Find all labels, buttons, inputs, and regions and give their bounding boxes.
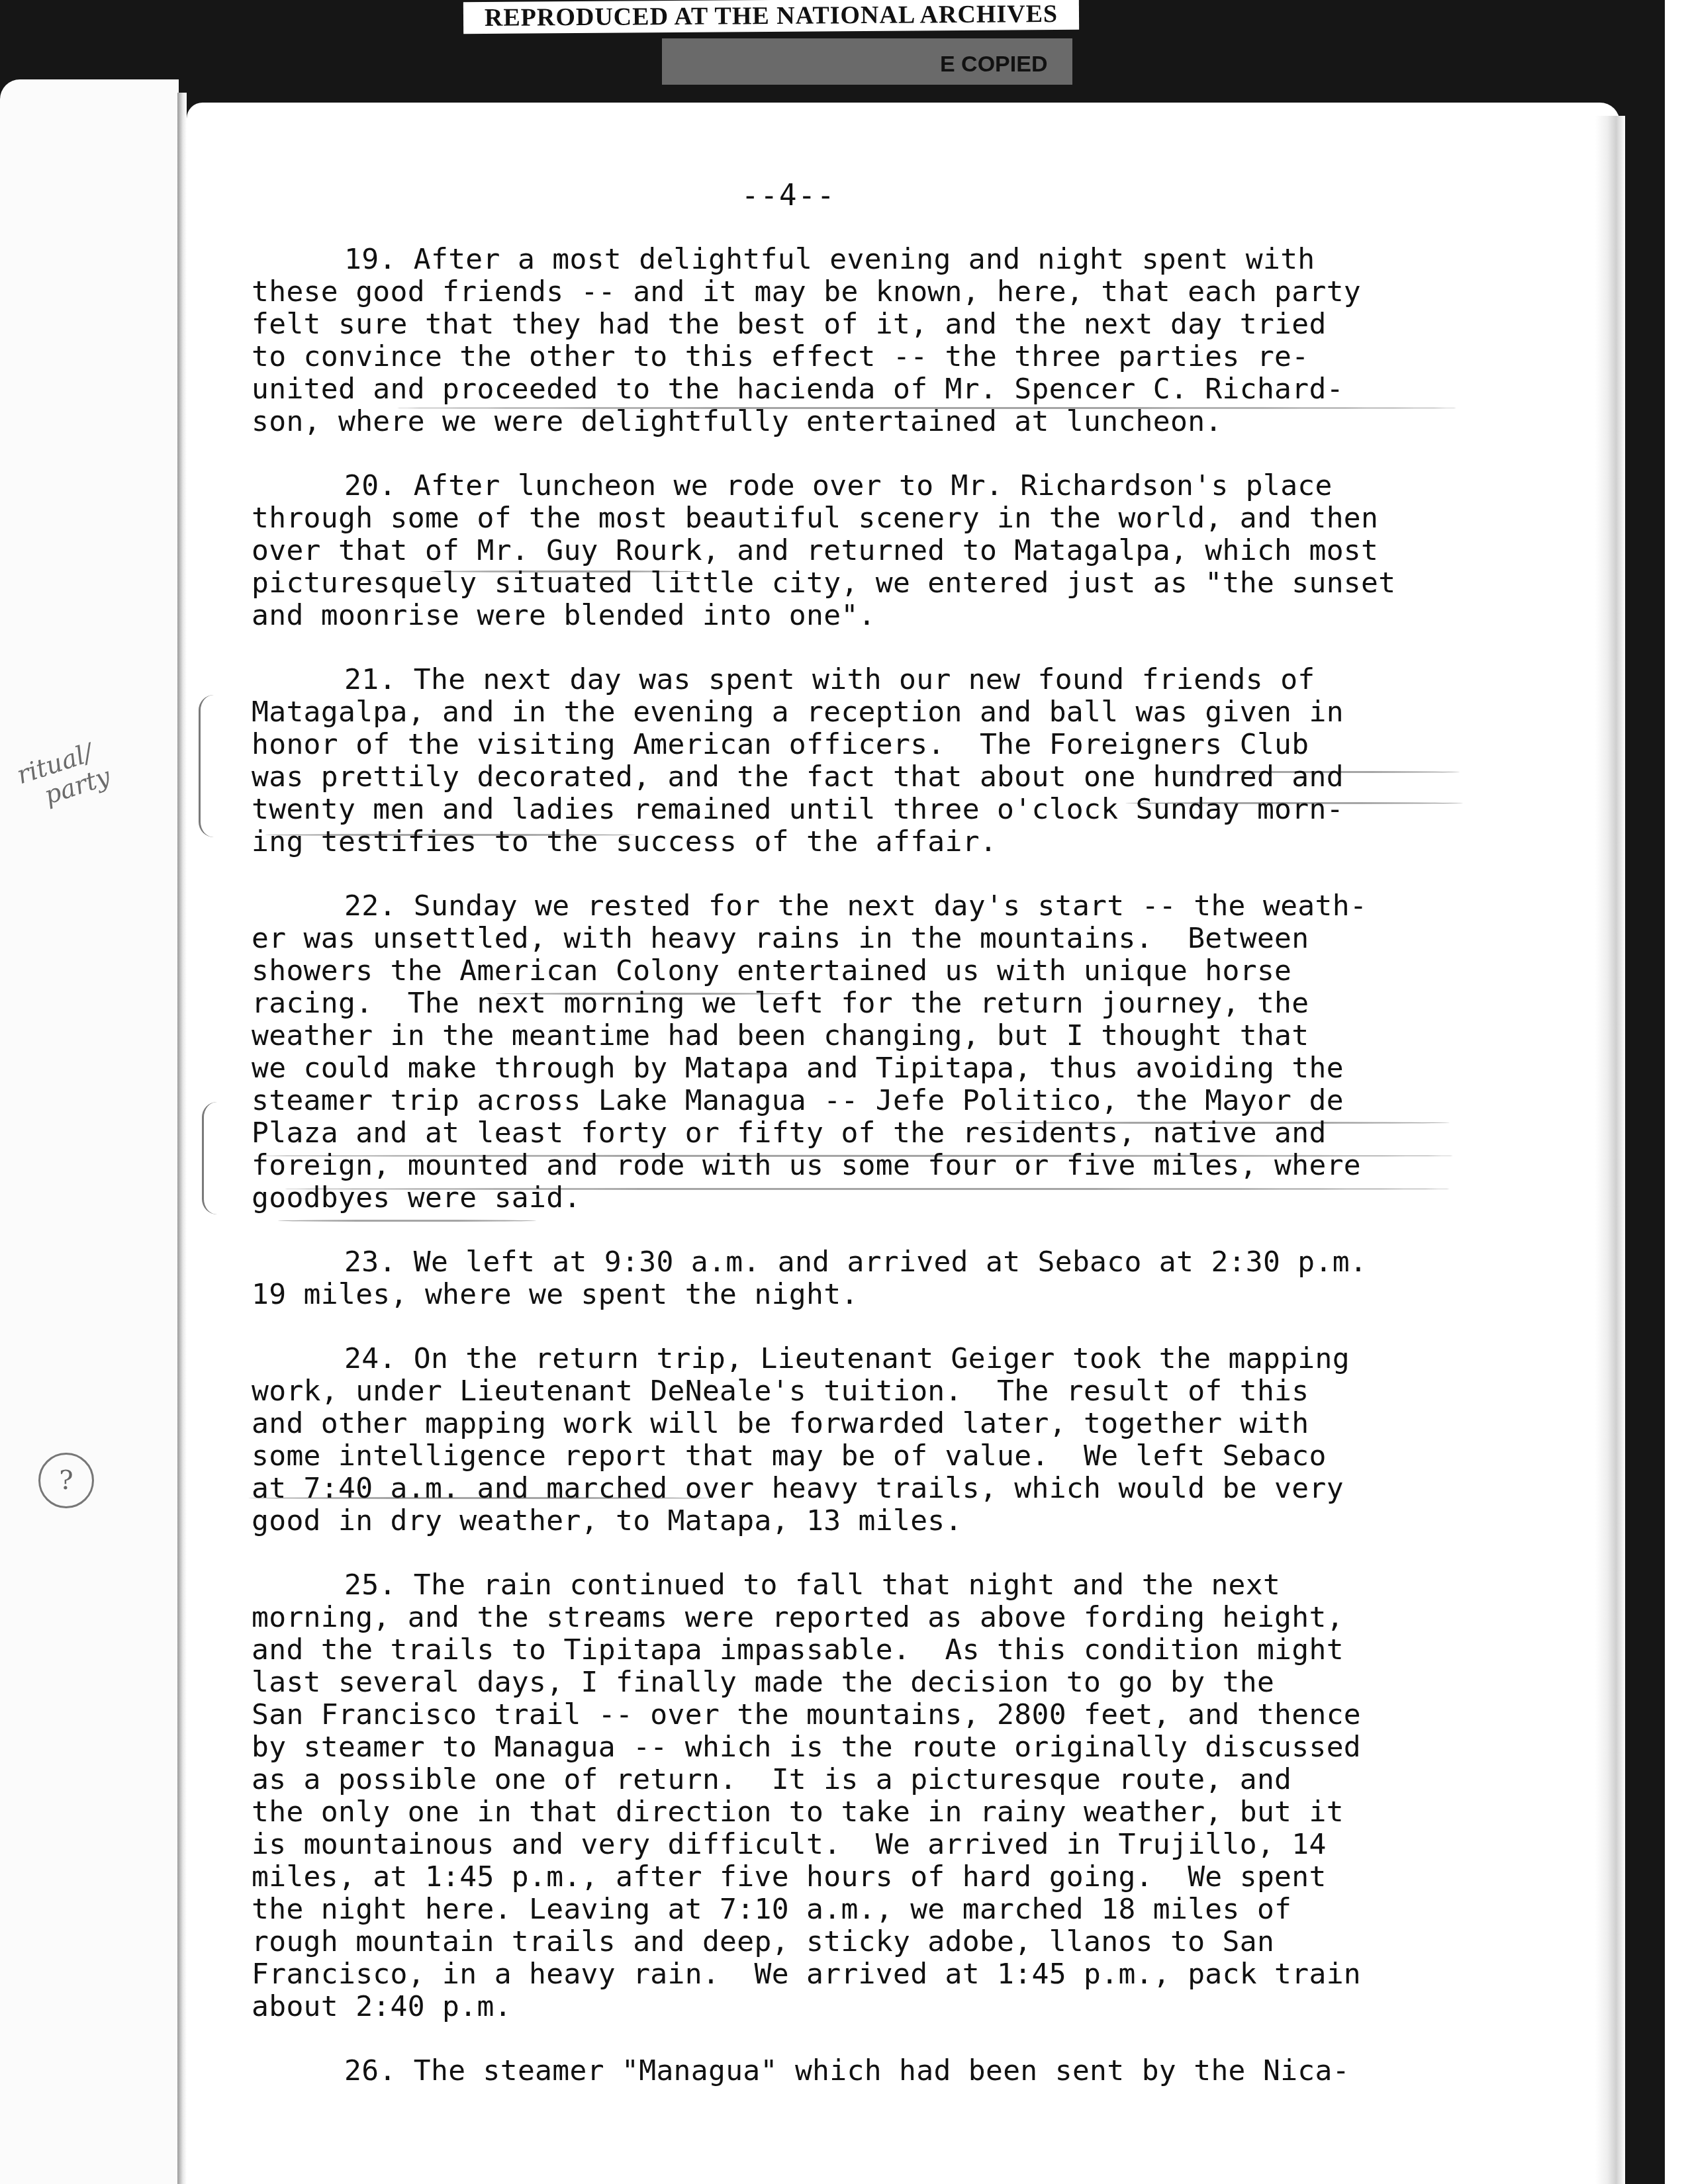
page-number: --4-- xyxy=(741,179,835,212)
text-line: twenty men and ladies remained until thr… xyxy=(252,794,1575,826)
text-line: 19 miles, where we spent the night. xyxy=(252,1279,1575,1311)
margin-bracket xyxy=(202,1102,217,1214)
scan-margin-right xyxy=(1665,0,1688,2184)
text-line: good in dry weather, to Matapa, 13 miles… xyxy=(252,1505,1575,1537)
text-line: to convince the other to this effect -- … xyxy=(252,341,1575,373)
text-line: Plaza and at least forty or fifty of the… xyxy=(252,1117,1575,1150)
text-line: rough mountain trails and deep, sticky a… xyxy=(252,1926,1575,1958)
text-line: 22. Sunday we rested for the next day's … xyxy=(252,890,1575,923)
text-line: 25. The rain continued to fall that nigh… xyxy=(252,1569,1575,1602)
paragraph-23: 23. We left at 9:30 a.m. and arrived at … xyxy=(252,1246,1575,1311)
paragraph-20: 20. After luncheon we rode over to Mr. R… xyxy=(252,470,1575,632)
text-line: er was unsettled, with heavy rains in th… xyxy=(252,923,1575,955)
text-line: picturesquely situated little city, we e… xyxy=(252,567,1575,600)
paragraph-19: 19. After a most delightful evening and … xyxy=(252,244,1575,438)
paragraph-21: 21. The next day was spent with our new … xyxy=(252,664,1575,858)
paragraph-25: 25. The rain continued to fall that nigh… xyxy=(252,1569,1575,2023)
text-line: steamer trip across Lake Managua -- Jefe… xyxy=(252,1085,1575,1117)
paragraph-26: 26. The steamer "Managua" which had been… xyxy=(252,2055,1575,2087)
text-line: goodbyes were said. xyxy=(252,1182,1575,1214)
text-line: by steamer to Managua -- which is the ro… xyxy=(252,1731,1575,1764)
text-line: weather in the meantime had been changin… xyxy=(252,1020,1575,1052)
page-stack-edge xyxy=(1595,116,1625,2184)
text-line: 24. On the return trip, Lieutenant Geige… xyxy=(252,1343,1575,1375)
text-line: as a possible one of return. It is a pic… xyxy=(252,1764,1575,1796)
text-line: Matagalpa, and in the evening a receptio… xyxy=(252,696,1575,729)
text-line: 23. We left at 9:30 a.m. and arrived at … xyxy=(252,1246,1575,1279)
text-line: miles, at 1:45 p.m., after five hours of… xyxy=(252,1861,1575,1893)
text-line: work, under Lieutenant DeNeale's tuition… xyxy=(252,1375,1575,1408)
document-body: 19. After a most delightful evening and … xyxy=(252,244,1575,2119)
stamp-fragment: E COPIED xyxy=(940,52,1047,77)
text-line: felt sure that they had the best of it, … xyxy=(252,308,1575,341)
text-line: and the trails to Tipitapa impassable. A… xyxy=(252,1634,1575,1666)
archive-stamp: REPRODUCED AT THE NATIONAL ARCHIVES xyxy=(463,0,1079,34)
text-line: 21. The next day was spent with our new … xyxy=(252,664,1575,696)
text-line: foreign, mounted and rode with us some f… xyxy=(252,1150,1575,1182)
text-line: some intelligence report that may be of … xyxy=(252,1440,1575,1473)
text-line: 19. After a most delightful evening and … xyxy=(252,244,1575,276)
text-line: was prettily decorated, and the fact tha… xyxy=(252,761,1575,794)
text-line: and other mapping work will be forwarded… xyxy=(252,1408,1575,1440)
text-line: son, where we were delightfully entertai… xyxy=(252,406,1575,438)
paragraph-24: 24. On the return trip, Lieutenant Geige… xyxy=(252,1343,1575,1537)
text-line: San Francisco trail -- over the mountain… xyxy=(252,1699,1575,1731)
text-line: Francisco, in a heavy rain. We arrived a… xyxy=(252,1958,1575,1991)
text-line: through some of the most beautiful scene… xyxy=(252,502,1575,535)
text-line: ing testifies to the success of the affa… xyxy=(252,826,1575,858)
text-line: the only one in that direction to take i… xyxy=(252,1796,1575,1829)
scanner-background-right xyxy=(1625,0,1665,2184)
text-line: united and proceeded to the hacienda of … xyxy=(252,373,1575,406)
text-line: 20. After luncheon we rode over to Mr. R… xyxy=(252,470,1575,502)
circled-question-mark: ? xyxy=(38,1453,94,1508)
text-line: over that of Mr. Guy Rourk, and returned… xyxy=(252,535,1575,567)
text-line: is mountainous and very difficult. We ar… xyxy=(252,1829,1575,1861)
text-line: at 7:40 a.m. and marched over heavy trai… xyxy=(252,1473,1575,1505)
text-line: racing. The next morning we left for the… xyxy=(252,987,1575,1020)
text-line: honor of the visiting American officers.… xyxy=(252,729,1575,761)
text-line: showers the American Colony entertained … xyxy=(252,955,1575,987)
margin-bracket xyxy=(199,695,214,837)
text-line: we could make through by Matapa and Tipi… xyxy=(252,1052,1575,1085)
page-fold-shadow xyxy=(177,93,187,2184)
text-line: these good friends -- and it may be know… xyxy=(252,276,1575,308)
text-line: the night here. Leaving at 7:10 a.m., we… xyxy=(252,1893,1575,1926)
text-line: last several days, I finally made the de… xyxy=(252,1666,1575,1699)
text-line: 26. The steamer "Managua" which had been… xyxy=(252,2055,1575,2087)
text-line: morning, and the streams were reported a… xyxy=(252,1602,1575,1634)
paragraph-22: 22. Sunday we rested for the next day's … xyxy=(252,890,1575,1214)
text-line: about 2:40 p.m. xyxy=(252,1991,1575,2023)
text-line: and moonrise were blended into one". xyxy=(252,600,1575,632)
previous-page-margin xyxy=(0,79,179,2184)
